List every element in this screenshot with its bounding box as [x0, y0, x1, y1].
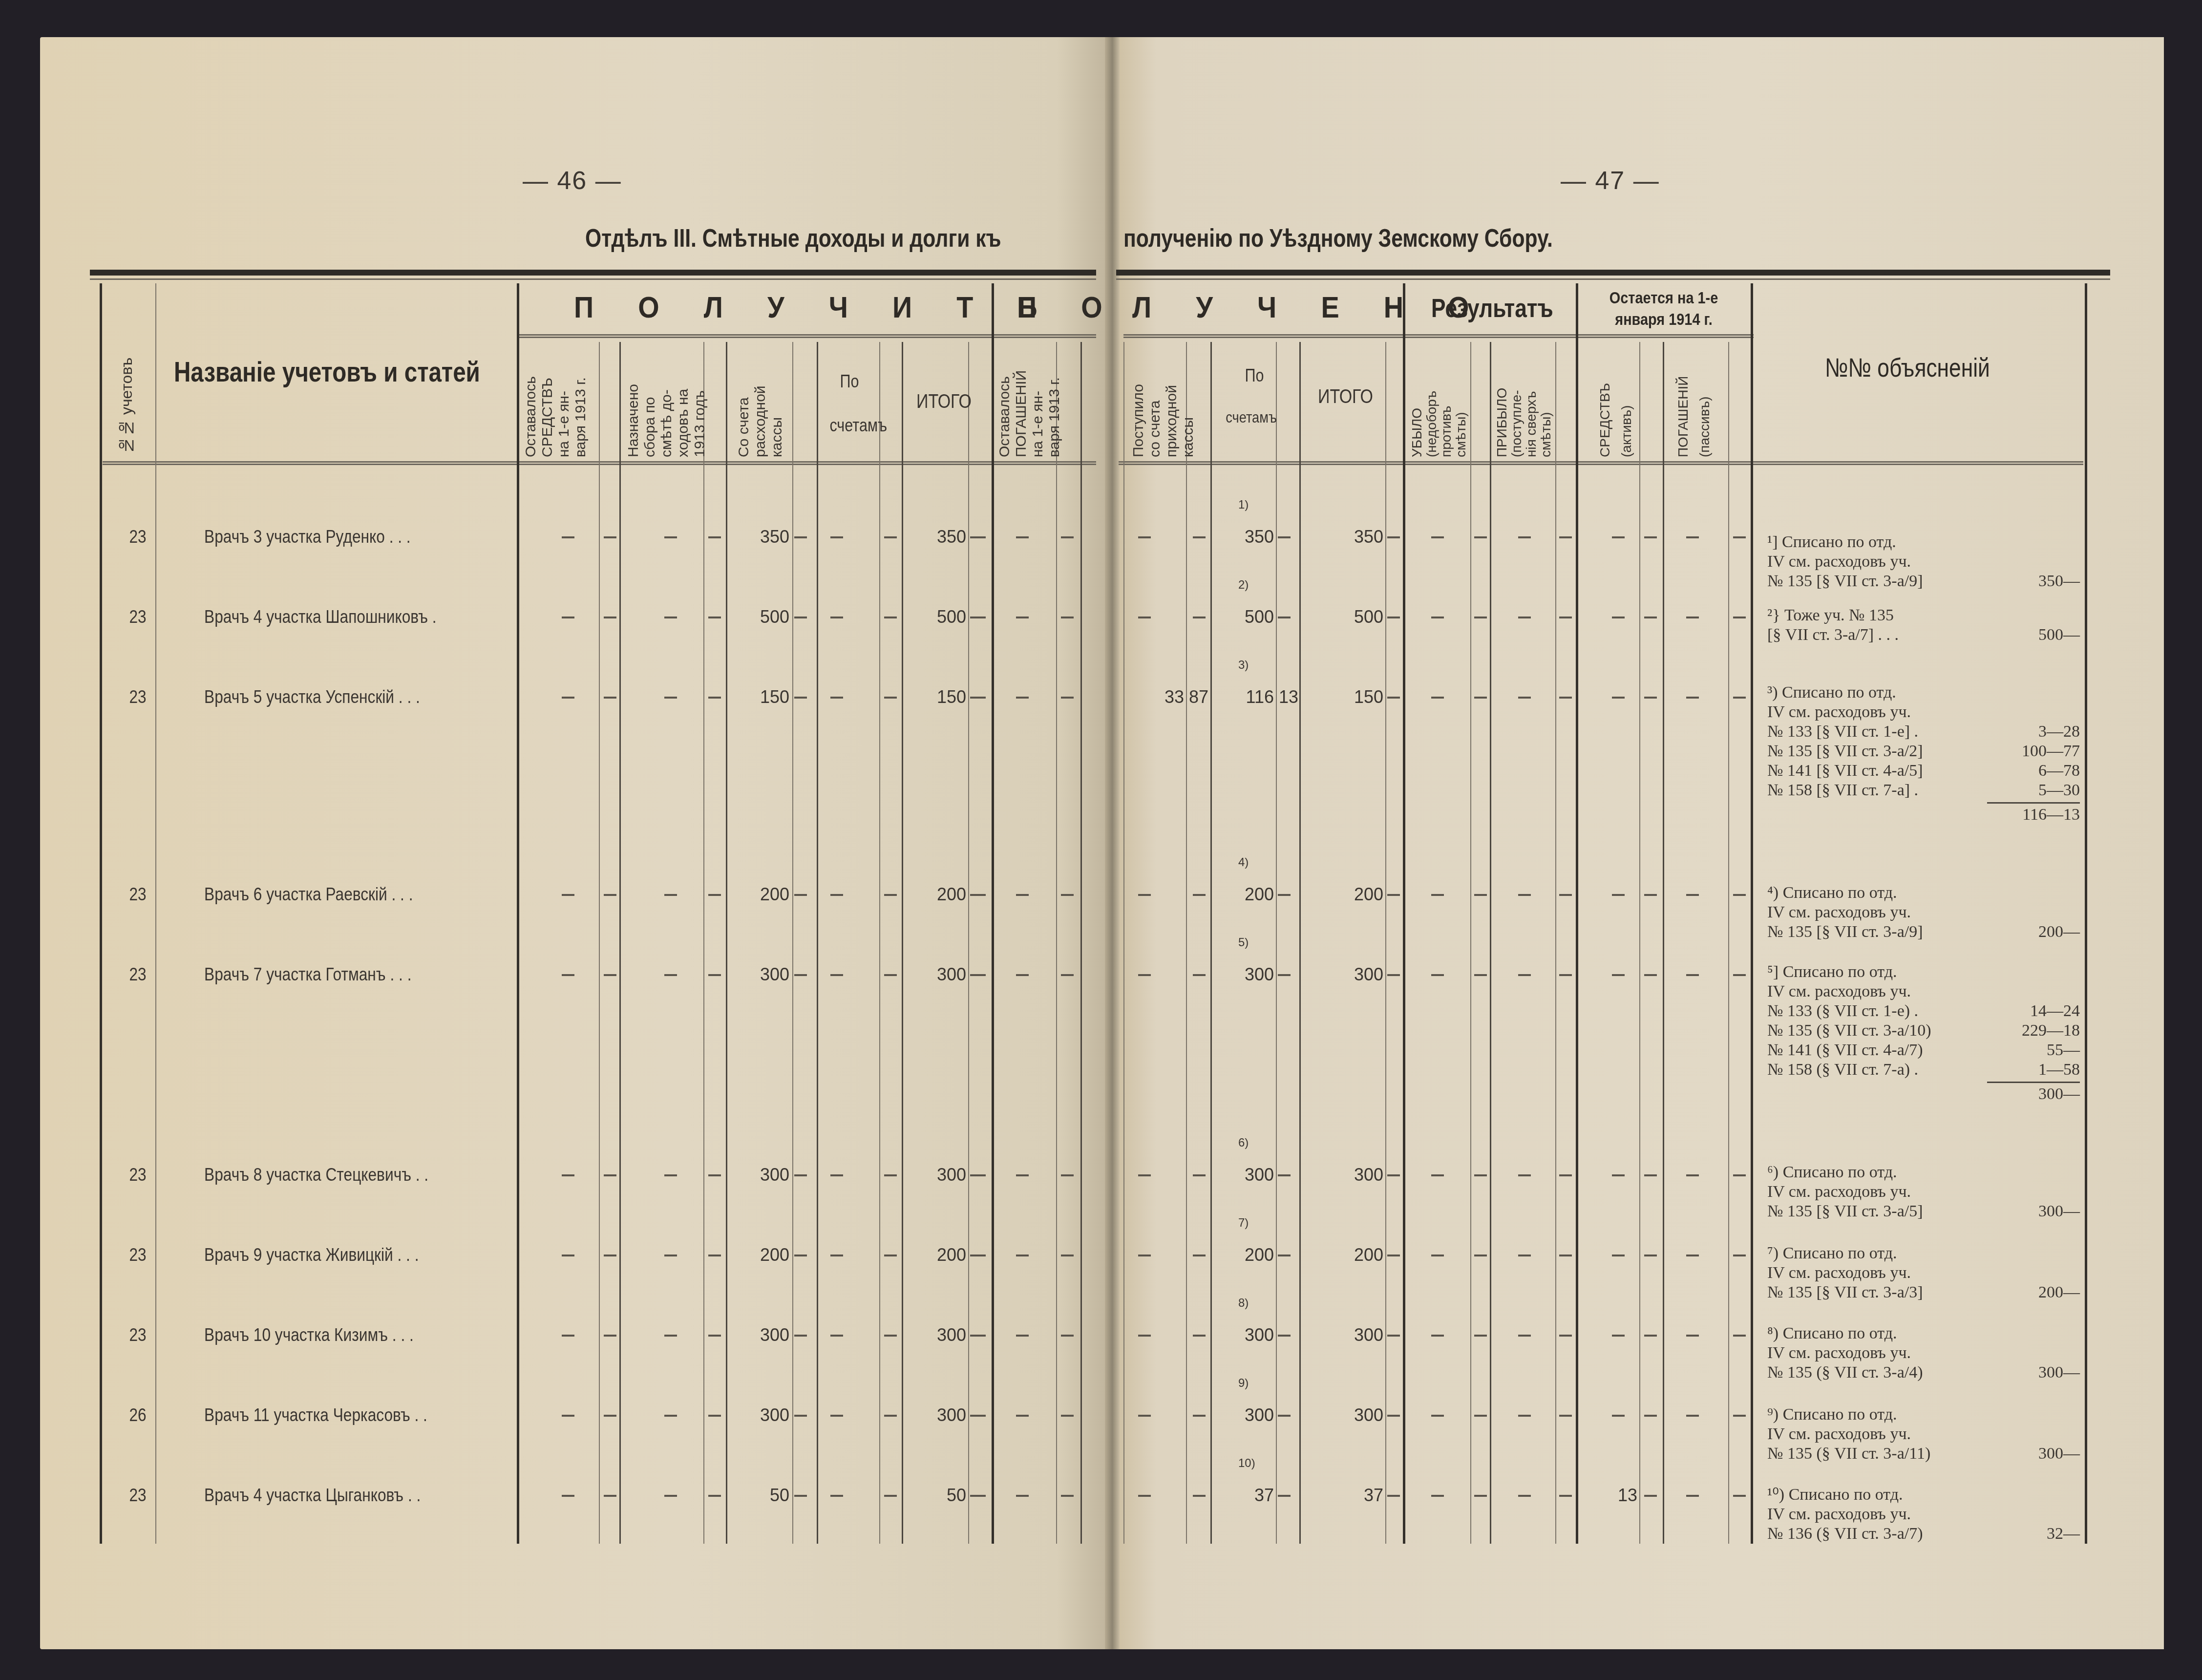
- row-total: 300: [904, 1325, 966, 1345]
- empty-cell-dash: [1474, 1174, 1487, 1176]
- empty-cell-dash: [1518, 1174, 1531, 1176]
- row-from-income-kopecks: 87: [1187, 687, 1208, 707]
- empty-cell-dash: [708, 617, 721, 618]
- empty-cell-dash: [1431, 894, 1444, 896]
- empty-cell-dash: [708, 1174, 721, 1176]
- col-border: [155, 283, 156, 1544]
- empty-cell-dash: [1016, 1255, 1029, 1256]
- row-total: 300: [904, 1405, 966, 1425]
- empty-cell-dash: [1061, 1415, 1074, 1417]
- kopeck-dash: [794, 617, 807, 618]
- explanation-text: ⁸) Списано по отд. IV см. расходовъ уч. …: [1767, 1324, 1923, 1382]
- empty-cell-dash: [1138, 536, 1151, 538]
- empty-cell-dash: [1686, 1174, 1699, 1176]
- empty-cell-dash: [1138, 1255, 1151, 1256]
- row-from-expense: 50: [728, 1485, 789, 1506]
- explanation-amount: 300—: [1997, 1444, 2080, 1464]
- kopeck-dash: [794, 1174, 807, 1176]
- explanation-amount: 1—58: [1997, 1060, 2080, 1080]
- row-by-accounts: 116: [1211, 687, 1274, 707]
- empty-cell-dash: [604, 697, 616, 699]
- empty-cell-dash: [1431, 1335, 1444, 1337]
- empty-cell-dash: [1016, 894, 1029, 896]
- empty-cell-dash: [604, 1335, 616, 1337]
- empty-cell-dash: [1474, 1415, 1487, 1417]
- col-border: [1385, 342, 1386, 1544]
- empty-cell-dash: [1644, 697, 1657, 699]
- empty-cell-dash: [708, 974, 721, 976]
- empty-cell-dash: [1559, 894, 1572, 896]
- empty-cell-dash: [1193, 1495, 1206, 1497]
- header-col-by-accounts-top: По: [840, 371, 859, 392]
- kopeck-dash: [970, 536, 983, 538]
- empty-cell-dash: [1138, 617, 1151, 618]
- kopeck-dash: [970, 697, 983, 699]
- row-total: 50: [904, 1485, 966, 1506]
- top-rule-left-thin: [90, 278, 1096, 280]
- row-from-expense: 500: [728, 607, 789, 627]
- empty-cell-dash: [830, 697, 843, 699]
- empty-cell-dash: [830, 617, 843, 618]
- empty-cell-dash: [884, 1255, 897, 1256]
- empty-cell-dash: [1474, 1495, 1487, 1497]
- empty-cell-dash: [664, 894, 677, 896]
- col-border: [1299, 342, 1301, 1544]
- empty-cell-dash: [1518, 697, 1531, 699]
- empty-cell-dash: [1612, 974, 1625, 976]
- kopeck-dash: [1387, 697, 1400, 699]
- empty-cell-dash: [664, 617, 677, 618]
- empty-cell-dash: [562, 1335, 574, 1337]
- header-col-from-expense: Со счета расходной кассы: [736, 345, 785, 457]
- header-col-remaining-repay: Оставалось ПОГАШЕНІЙ на 1-е ян- варя 191…: [996, 345, 1063, 457]
- row-name: Врачъ 10 участка Кизимъ . . .: [204, 1325, 414, 1345]
- empty-cell-dash: [1644, 1495, 1657, 1497]
- empty-cell-dash: [830, 1255, 843, 1256]
- row-from-expense: 300: [728, 1165, 789, 1185]
- empty-cell-dash: [664, 1174, 677, 1176]
- empty-cell-dash: [1431, 1415, 1444, 1417]
- kopeck-dash: [970, 974, 983, 976]
- row-total: 300: [904, 964, 966, 985]
- explanation-text: ⁵] Списано по отд. IV см. расходовъ уч. …: [1767, 963, 1931, 1079]
- empty-cell-dash: [1016, 1415, 1029, 1417]
- empty-cell-dash: [708, 536, 721, 538]
- section-title-right: полученію по Уѣздному Земскому Сбору.: [1123, 224, 1553, 253]
- explanation-total: 300—: [1997, 1085, 2080, 1104]
- row-total2: 350: [1300, 527, 1383, 547]
- row-name: Врачъ 3 участка Руденко . . .: [204, 527, 411, 547]
- empty-cell-dash: [1016, 1495, 1029, 1497]
- empty-cell-dash: [1431, 536, 1444, 538]
- row-from-expense: 350: [728, 527, 789, 547]
- empty-cell-dash: [1733, 1255, 1746, 1256]
- explanation-note: ⁹) Списано по отд. IV см. расходовъ уч. …: [1767, 1405, 1930, 1464]
- col-border: [1728, 342, 1729, 1544]
- row-by-accounts: 200: [1211, 884, 1274, 905]
- row-from-income: 33: [1123, 687, 1184, 707]
- empty-cell-dash: [1518, 1255, 1531, 1256]
- sum-rule: [1987, 1082, 2080, 1083]
- kopeck-dash: [1278, 1415, 1291, 1417]
- explanation-text: ³) Списано по отд. IV см. расходовъ уч. …: [1767, 683, 1923, 799]
- empty-cell-dash: [1474, 536, 1487, 538]
- col-border: [726, 342, 727, 1544]
- empty-cell-dash: [884, 1415, 897, 1417]
- row-by-accounts: 350: [1211, 527, 1274, 547]
- header-col-by-accounts2-top: По: [1245, 365, 1264, 386]
- empty-cell-dash: [1518, 1335, 1531, 1337]
- explanation-note: ⁷) Списано по отд. IV см. расходовъ уч. …: [1767, 1244, 1923, 1302]
- empty-cell-dash: [1686, 536, 1699, 538]
- col-border: [1663, 342, 1664, 1544]
- empty-cell-dash: [562, 1174, 574, 1176]
- col-border: [1639, 342, 1640, 1544]
- empty-cell-dash: [884, 617, 897, 618]
- header-col-repay-passive: ПОГАШЕНІЙ (пассивъ): [1673, 345, 1715, 457]
- explanation-total: 116—13: [1997, 805, 2080, 825]
- explanation-amount: 300—: [1997, 1202, 2080, 1221]
- explanation-text: ¹⁰) Списано по отд. IV см. расходовъ уч.…: [1767, 1486, 1923, 1543]
- empty-cell-dash: [1612, 536, 1625, 538]
- row-account-no: 23: [129, 1485, 146, 1506]
- explanation-text: ⁷) Списано по отд. IV см. расходовъ уч. …: [1767, 1244, 1923, 1301]
- explanation-amount: 229—18: [1997, 1021, 2080, 1041]
- row-account-no: 26: [129, 1405, 146, 1425]
- row-total2: 200: [1300, 884, 1383, 905]
- explanation-amount: 6—78: [1997, 761, 2080, 781]
- page-number-right: — 47 —: [1561, 166, 1660, 195]
- header-col-from-income: Поступило со счета приходной кассы: [1130, 345, 1197, 457]
- empty-cell-dash: [1474, 1255, 1487, 1256]
- explanation-note: ⁸) Списано по отд. IV см. расходовъ уч. …: [1767, 1324, 1923, 1382]
- empty-cell-dash: [604, 1255, 616, 1256]
- row-by-accounts: 300: [1211, 1405, 1274, 1425]
- empty-cell-dash: [1733, 697, 1746, 699]
- row-from-expense: 200: [728, 1245, 789, 1265]
- header-col-total2: ИТОГО: [1318, 386, 1373, 408]
- empty-cell-dash: [1733, 894, 1746, 896]
- top-rule-right-thin: [1116, 278, 2110, 280]
- empty-cell-dash: [1193, 1255, 1206, 1256]
- row-account-no: 23: [129, 1245, 146, 1265]
- col-border: [1751, 283, 1753, 1544]
- empty-cell-dash: [884, 1335, 897, 1337]
- col-border: [992, 283, 994, 1544]
- header-col-assigned: Назначено сбора по смѣтѣ до- ходовъ на 1…: [625, 345, 708, 457]
- empty-cell-dash: [604, 617, 616, 618]
- row-by-accounts: 37: [1211, 1485, 1274, 1506]
- row-name: Врачъ 4 участка Цыганковъ . .: [204, 1485, 421, 1506]
- row-name: Врачъ 6 участка Раевскій . . .: [204, 884, 413, 905]
- kopeck-dash: [1387, 974, 1400, 976]
- empty-cell-dash: [1559, 617, 1572, 618]
- col-border: [599, 342, 600, 1544]
- col-border: [1123, 342, 1124, 1544]
- header-subrule-right: [1123, 334, 1754, 338]
- col-border: [817, 342, 818, 1544]
- empty-cell-dash: [1016, 1174, 1029, 1176]
- row-total2: 150: [1300, 687, 1383, 707]
- header-explanations: №№ объясненій: [1825, 353, 1990, 383]
- empty-cell-dash: [604, 1495, 616, 1497]
- empty-cell-dash: [562, 1495, 574, 1497]
- kopeck-dash: [794, 1335, 807, 1337]
- empty-cell-dash: [1733, 1495, 1746, 1497]
- empty-cell-dash: [1644, 974, 1657, 976]
- empty-cell-dash: [1193, 1415, 1206, 1417]
- empty-cell-dash: [1559, 1174, 1572, 1176]
- row-footnote-ref: 7): [1238, 1216, 1249, 1230]
- header-group-po: П О: [1017, 290, 1121, 325]
- top-rule-right: [1116, 270, 2110, 276]
- kopeck-dash: [794, 1495, 807, 1497]
- empty-cell-dash: [562, 617, 574, 618]
- empty-cell-dash: [1733, 1335, 1746, 1337]
- empty-cell-dash: [1016, 617, 1029, 618]
- col-border: [2085, 283, 2087, 1544]
- row-by-accounts: 500: [1211, 607, 1274, 627]
- col-border: [1576, 283, 1578, 1544]
- empty-cell-dash: [1138, 1415, 1151, 1417]
- explanation-text: ⁴) Списано по отд. IV см. расходовъ уч. …: [1767, 884, 1923, 941]
- kopeck-dash: [794, 536, 807, 538]
- row-name: Врачъ 5 участка Успенскій . . .: [204, 687, 420, 707]
- row-name: Врачъ 4 участка Шапошниковъ .: [204, 607, 437, 627]
- empty-cell-dash: [1733, 1415, 1746, 1417]
- kopeck-dash: [794, 697, 807, 699]
- empty-cell-dash: [1474, 894, 1487, 896]
- col-border: [1470, 342, 1471, 1544]
- empty-cell-dash: [604, 536, 616, 538]
- empty-cell-dash: [1138, 1495, 1151, 1497]
- header-col-loss: УБЫЛО (недоборъ противъ смѣты): [1410, 345, 1468, 457]
- col-border: [902, 342, 903, 1544]
- kopeck-dash: [970, 1415, 983, 1417]
- col-border: [1276, 342, 1277, 1544]
- empty-cell-dash: [1644, 1174, 1657, 1176]
- section-title-left: Отдѣлъ III. Смѣтные доходы и долги къ: [585, 224, 1001, 253]
- page-number-left: — 46 —: [523, 166, 622, 195]
- empty-cell-dash: [1061, 617, 1074, 618]
- empty-cell-dash: [830, 1174, 843, 1176]
- kopeck-dash: [1387, 536, 1400, 538]
- row-footnote-ref: 5): [1238, 936, 1249, 950]
- empty-cell-dash: [1612, 1415, 1625, 1417]
- row-from-expense: 200: [728, 884, 789, 905]
- explanation-note: ¹] Списано по отд. IV см. расходовъ уч. …: [1767, 532, 1923, 591]
- col-border: [792, 342, 793, 1544]
- row-total: 200: [904, 884, 966, 905]
- empty-cell-dash: [1061, 536, 1074, 538]
- kopeck-dash: [1387, 894, 1400, 896]
- header-col-by-accounts2-bottom: счетамъ: [1226, 408, 1277, 426]
- empty-cell-dash: [604, 1415, 616, 1417]
- row-account-no: 23: [129, 964, 146, 985]
- empty-cell-dash: [1061, 1255, 1074, 1256]
- empty-cell-dash: [1733, 974, 1746, 976]
- empty-cell-dash: [830, 894, 843, 896]
- empty-cell-dash: [1686, 1335, 1699, 1337]
- empty-cell-dash: [1612, 697, 1625, 699]
- kopeck-dash: [794, 894, 807, 896]
- header-col-funds-active: СРЕДСТВЪ (активъ): [1594, 345, 1637, 457]
- empty-cell-dash: [1061, 697, 1074, 699]
- empty-cell-dash: [1644, 617, 1657, 618]
- row-footnote-ref: 10): [1238, 1457, 1255, 1470]
- explanation-amount: 14—24: [1997, 1001, 2080, 1021]
- empty-cell-dash: [1686, 974, 1699, 976]
- col-border: [1056, 342, 1057, 1544]
- kopeck-dash: [794, 1415, 807, 1417]
- empty-cell-dash: [830, 974, 843, 976]
- row-total2: 200: [1300, 1245, 1383, 1265]
- empty-cell-dash: [1733, 617, 1746, 618]
- empty-cell-dash: [1644, 536, 1657, 538]
- empty-cell-dash: [664, 697, 677, 699]
- row-total: 300: [904, 1165, 966, 1185]
- explanation-text: ²} Тоже уч. № 135 [§ VII ст. 3-а/7] . . …: [1767, 606, 1899, 644]
- kopeck-dash: [970, 1495, 983, 1497]
- empty-cell-dash: [1686, 1255, 1699, 1256]
- empty-cell-dash: [1733, 1174, 1746, 1176]
- empty-cell-dash: [884, 1495, 897, 1497]
- empty-cell-dash: [664, 974, 677, 976]
- empty-cell-dash: [1016, 1335, 1029, 1337]
- row-footnote-ref: 8): [1238, 1297, 1249, 1310]
- empty-cell-dash: [604, 974, 616, 976]
- row-name: Врачъ 8 участка Стецкевичъ . .: [204, 1165, 428, 1185]
- row-account-no: 23: [129, 1325, 146, 1345]
- row-account-no: 23: [129, 527, 146, 547]
- row-total: 500: [904, 607, 966, 627]
- empty-cell-dash: [1559, 974, 1572, 976]
- empty-cell-dash: [664, 1255, 677, 1256]
- kopeck-dash: [1278, 974, 1291, 976]
- row-from-expense: 300: [728, 964, 789, 985]
- empty-cell-dash: [884, 697, 897, 699]
- empty-cell-dash: [1518, 1495, 1531, 1497]
- empty-cell-dash: [1612, 894, 1625, 896]
- empty-cell-dash: [1644, 894, 1657, 896]
- header-col-total: ИТОГО: [916, 391, 972, 413]
- empty-cell-dash: [1686, 894, 1699, 896]
- empty-cell-dash: [1559, 1415, 1572, 1417]
- row-total2: 300: [1300, 1325, 1383, 1345]
- empty-cell-dash: [1138, 1174, 1151, 1176]
- empty-cell-dash: [1518, 617, 1531, 618]
- empty-cell-dash: [884, 1174, 897, 1176]
- kopeck-dash: [1278, 1174, 1291, 1176]
- row-from-expense: 300: [728, 1405, 789, 1425]
- col-border: [100, 283, 102, 1544]
- empty-cell-dash: [1016, 974, 1029, 976]
- row-from-expense: 300: [728, 1325, 789, 1345]
- empty-cell-dash: [1644, 1415, 1657, 1417]
- empty-cell-dash: [1193, 617, 1206, 618]
- empty-cell-dash: [1193, 974, 1206, 976]
- row-total: 200: [904, 1245, 966, 1265]
- empty-cell-dash: [1061, 894, 1074, 896]
- empty-cell-dash: [1474, 617, 1487, 618]
- empty-cell-dash: [1193, 894, 1206, 896]
- empty-cell-dash: [604, 894, 616, 896]
- row-name: Врачъ 11 участка Черкасовъ . .: [204, 1405, 427, 1425]
- empty-cell-dash: [1193, 536, 1206, 538]
- kopeck-dash: [1278, 1335, 1291, 1337]
- header-subrule-left: [517, 334, 1096, 338]
- empty-cell-dash: [1644, 1255, 1657, 1256]
- col-border: [879, 342, 880, 1544]
- empty-cell-dash: [884, 974, 897, 976]
- empty-cell-dash: [1431, 617, 1444, 618]
- row-footnote-ref: 2): [1238, 578, 1249, 592]
- empty-cell-dash: [1686, 1495, 1699, 1497]
- empty-cell-dash: [830, 1415, 843, 1417]
- explanation-amount: 200—: [1997, 922, 2080, 942]
- kopeck-dash: [1387, 1495, 1400, 1497]
- row-account-no: 23: [129, 884, 146, 905]
- row-total2: 300: [1300, 964, 1383, 985]
- empty-cell-dash: [1612, 1335, 1625, 1337]
- empty-cell-dash: [1559, 1335, 1572, 1337]
- col-border: [619, 342, 621, 1544]
- kopeck-dash: [1278, 894, 1291, 896]
- explanation-amount: 500—: [1997, 625, 2080, 645]
- empty-cell-dash: [562, 697, 574, 699]
- empty-cell-dash: [1559, 1255, 1572, 1256]
- row-active-funds: 13: [1577, 1485, 1637, 1506]
- col-border: [968, 342, 969, 1544]
- empty-cell-dash: [1518, 536, 1531, 538]
- empty-cell-dash: [1431, 1255, 1444, 1256]
- explanation-note: ⁵] Списано по отд. IV см. расходовъ уч. …: [1767, 962, 1931, 1080]
- empty-cell-dash: [604, 1174, 616, 1176]
- row-by-accounts: 300: [1211, 1325, 1274, 1345]
- explanation-amount: 3—28: [1997, 722, 2080, 742]
- empty-cell-dash: [708, 1415, 721, 1417]
- row-total: 350: [904, 527, 966, 547]
- kopeck-dash: [970, 1335, 983, 1337]
- kopeck-dash: [794, 1255, 807, 1256]
- empty-cell-dash: [830, 536, 843, 538]
- explanation-amount: 200—: [1997, 1283, 2080, 1302]
- header-accounts-no: №№ учетовъ: [118, 342, 135, 454]
- empty-cell-dash: [830, 1495, 843, 1497]
- empty-cell-dash: [1016, 536, 1029, 538]
- empty-cell-dash: [708, 1255, 721, 1256]
- empty-cell-dash: [1518, 894, 1531, 896]
- explanation-amount: 300—: [1997, 1363, 2080, 1382]
- row-total: 150: [904, 687, 966, 707]
- empty-cell-dash: [884, 894, 897, 896]
- row-from-expense: 150: [728, 687, 789, 707]
- empty-cell-dash: [1559, 697, 1572, 699]
- empty-cell-dash: [1431, 697, 1444, 699]
- kopeck-dash: [970, 894, 983, 896]
- explanation-text: ⁶) Списано по отд. IV см. расходовъ уч. …: [1767, 1163, 1923, 1220]
- empty-cell-dash: [562, 1255, 574, 1256]
- empty-cell-dash: [1474, 974, 1487, 976]
- empty-cell-dash: [1559, 536, 1572, 538]
- empty-cell-dash: [1193, 1335, 1206, 1337]
- kopeck-dash: [1387, 1415, 1400, 1417]
- kopeck-dash: [970, 1255, 983, 1256]
- row-name: Врачъ 7 участка Готманъ . . .: [204, 964, 411, 985]
- empty-cell-dash: [664, 1415, 677, 1417]
- col-border: [517, 283, 519, 1544]
- col-border: [703, 342, 704, 1544]
